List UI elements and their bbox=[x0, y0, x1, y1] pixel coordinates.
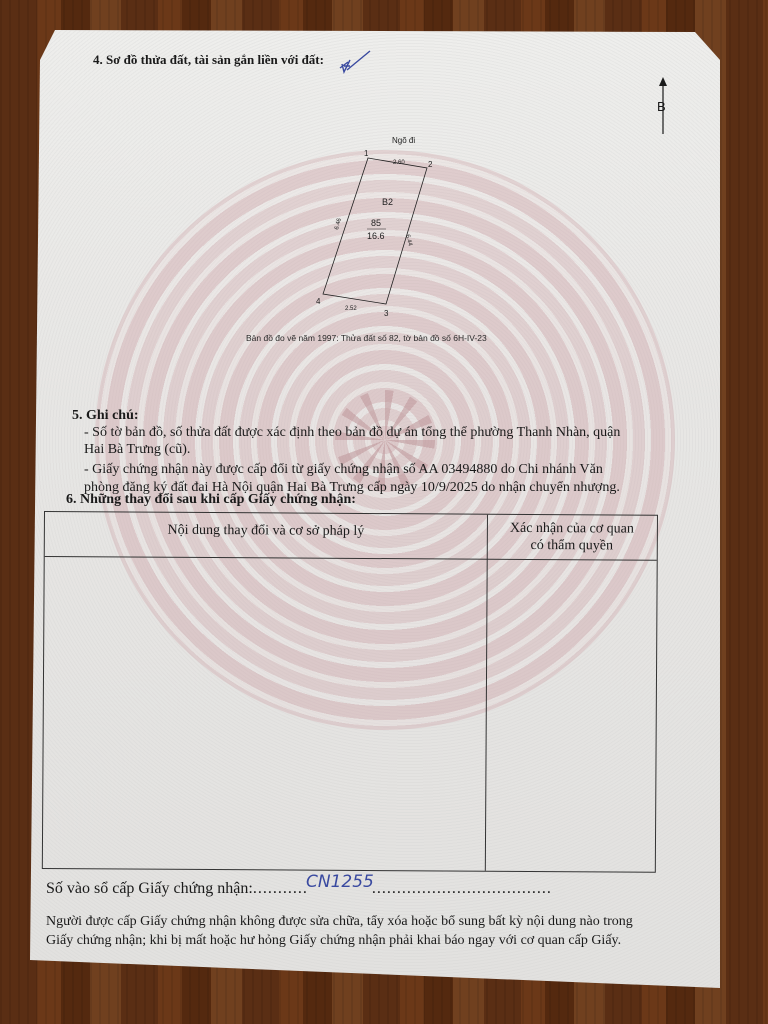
corner-4: 4 bbox=[316, 297, 321, 306]
registry-number-line: Số vào sổ cấp Giấy chứng nhận:..........… bbox=[46, 880, 552, 898]
map-caption: Bản đồ đo vẽ năm 1997: Thửa đất số 82, t… bbox=[246, 333, 487, 343]
registry-label: Số vào sổ cấp Giấy chứng nhận: bbox=[46, 880, 253, 897]
document-photo: 4. Sơ đồ thửa đất, tài sản gắn liền với … bbox=[0, 0, 768, 1024]
corner-1: 1 bbox=[364, 149, 369, 158]
note-line: - Số tờ bản đồ, số thửa đất được xác địn… bbox=[84, 425, 620, 441]
land-plot-diagram: Ngõ đi 1 2 3 4 2.60 2.52 6.46 6.44 B2 85… bbox=[300, 120, 460, 320]
corner-3: 3 bbox=[384, 309, 389, 318]
dotted-leader: ........... bbox=[253, 880, 308, 897]
note-line: Hai Bà Trưng (cũ). bbox=[84, 442, 190, 458]
section-5-title: 5. Ghi chú: bbox=[72, 408, 139, 424]
header-line: có thẩm quyền bbox=[487, 537, 657, 555]
north-label: B bbox=[657, 99, 666, 114]
dotted-leader: .................................... bbox=[372, 880, 552, 897]
section-4-title: 4. Sơ đồ thửa đất, tài sản gắn liền với … bbox=[93, 52, 324, 68]
section-6-title: 6. Những thay đổi sau khi cấp Giấy chứng… bbox=[66, 492, 356, 508]
corner-2: 2 bbox=[428, 160, 433, 169]
warning-line: Giấy chứng nhận; khi bị mất hoặc hư hỏng… bbox=[46, 933, 621, 949]
warning-line: Người được cấp Giấy chứng nhận không đượ… bbox=[46, 914, 633, 930]
registry-number-value: CN1255 bbox=[306, 872, 374, 892]
note-line: - Giấy chứng nhận này được cấp đổi từ gi… bbox=[84, 462, 603, 478]
block-label: B2 bbox=[382, 197, 393, 207]
column-header-authority-confirmation: Xác nhận của cơ quan có thẩm quyền bbox=[487, 520, 657, 555]
parcel-number: 85 bbox=[371, 218, 381, 228]
parcel-area: 16.6 bbox=[367, 231, 385, 241]
header-line: Xác nhận của cơ quan bbox=[487, 520, 657, 538]
edge-bottom-length: 2.52 bbox=[345, 306, 357, 312]
road-label: Ngõ đi bbox=[392, 136, 415, 145]
changes-table: Nội dung thay đổi và cơ sở pháp lý Xác n… bbox=[42, 511, 658, 873]
checkmark-signature-icon bbox=[338, 48, 372, 74]
edge-left-length: 6.46 bbox=[334, 217, 343, 230]
column-header-change-content: Nội dung thay đổi và cơ sở pháp lý bbox=[45, 522, 487, 541]
edge-top-length: 2.60 bbox=[393, 160, 405, 166]
